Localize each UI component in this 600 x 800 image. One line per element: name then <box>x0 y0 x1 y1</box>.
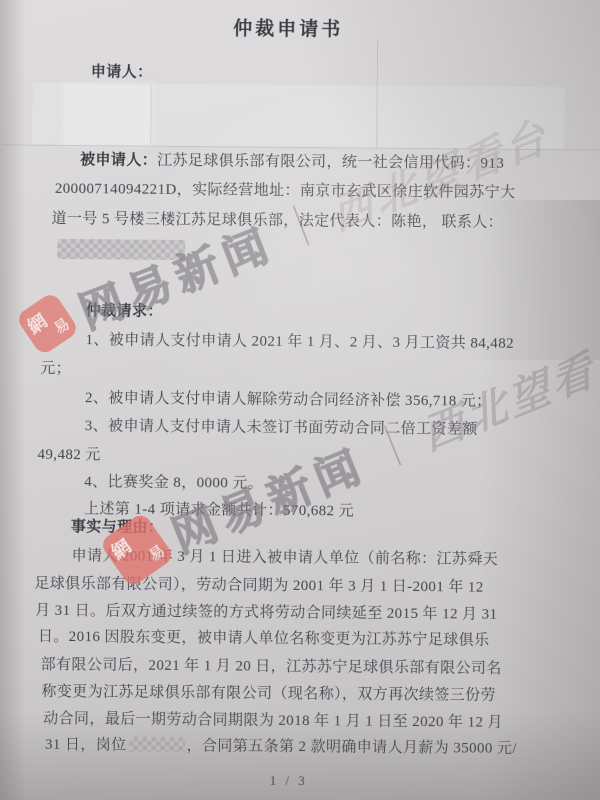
respondent-line-1-text: 江苏足球俱乐部有限公司，统一社会信用代码：913 <box>157 153 504 172</box>
claims-header: 仲裁请求： <box>86 301 163 322</box>
page-title: 仲裁申请书 <box>0 11 588 43</box>
facts-line-1: 申请人 2001 年 3 月 1 日进入被申请人单位（前名称：江苏舜天 <box>72 546 499 570</box>
claim-1-line-1: 1、被申请人支付申请人 2021 年 1 月、2 月、3 月工资共 84,482 <box>85 330 514 354</box>
facts-header: 事实与理由： <box>71 517 164 538</box>
position-redaction-box <box>128 737 184 752</box>
facts-line-2: 足球俱乐部有限公司），劳动合同期为 2001 年 3 月 1 日-2001 年 … <box>34 574 483 598</box>
facts-line-3: 月 31 日。后双方通过续签的方式将劳动合同续延至 2015 年 12 月 31 <box>35 601 497 625</box>
respondent-line-1: 被申请人：江苏足球俱乐部有限公司，统一社会信用代码：913 <box>80 150 504 174</box>
facts-line-6: 称变更为江苏足球俱乐部有限公司（现名称），双方再次续签三份劳 <box>41 682 496 706</box>
facts-line-7: 动合同，最后一期劳动合同期限为 2018 年 1 月 1 日至 2020 年 1… <box>43 709 503 733</box>
claim-3-line-2: 49,482 元 <box>37 445 100 466</box>
facts-line-5: 部有限公司后，2021 年 1 月 20 日，江苏苏宁足球俱乐部有限公司名 <box>41 655 502 679</box>
claim-1-line-2: 元； <box>40 359 71 379</box>
claim-3-line-1: 3、被申请人支付申请人未签订书面劳动合同二倍工资差额 <box>85 416 478 439</box>
contact-redaction-box <box>57 239 185 260</box>
claim-2: 2、被申请人支付申请人解除劳动合同经济补偿 356,718 元； <box>85 388 492 412</box>
page-number: 1 / 3 <box>0 770 589 791</box>
applicant-redaction-box <box>64 85 152 145</box>
facts-line-8: 31 日，岗位，合同第五条第 2 款明确申请人月薪为 35000 元/ <box>45 735 517 759</box>
claim-4: 4、比赛奖金 8，0000 元。 <box>84 472 263 494</box>
respondent-line-2: 20000714094221D，实际经营地址：南京市玄武区徐庄软件园苏宁大 <box>55 179 516 203</box>
respondent-label: 被申请人： <box>80 152 157 169</box>
document-page: 仲裁申请书 申请人： 被申请人：江苏足球俱乐部有限公司，统一社会信用代码：913… <box>0 0 600 800</box>
respondent-line-3: 道一号 5 号楼三楼江苏足球俱乐部，法定代表人：陈艳， 联系人： <box>51 209 503 233</box>
facts-line-4: 日。2016 因股东变更，被申请人单位名称变更为江苏苏宁足球俱乐 <box>38 627 490 651</box>
facts-line-8-pre: 31 日，岗位 <box>45 737 127 754</box>
facts-line-8-post: ，合同第五条第 2 款明确申请人月薪为 35000 元/ <box>186 738 517 757</box>
document-photo: 仲裁申请书 申请人： 被申请人：江苏足球俱乐部有限公司，统一社会信用代码：913… <box>0 0 600 800</box>
applicant-label: 申请人： <box>91 62 153 83</box>
